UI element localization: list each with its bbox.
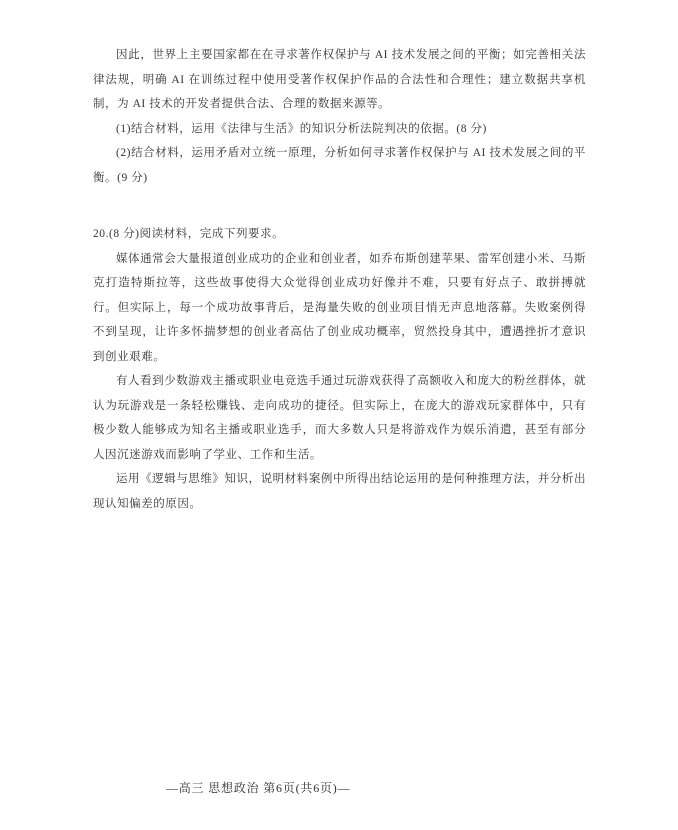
page-footer: —高三 思想政治 第6页(共6页)— (166, 779, 350, 796)
question-19-sub-question-2: (2)结合材料，运用矛盾对立统一原理，分析如何寻求著作权保护与 AI 技术发展之… (93, 141, 586, 190)
question-20-material-paragraph-2: 有人看到少数游戏主播或职业电竞选手通过玩游戏获得了高额收入和庞大的粉丝群体，就认… (93, 369, 586, 467)
question-20: 20.(8 分)阅读材料，完成下列要求。 媒体通常会大量报道创业成功的企业和创业… (93, 222, 586, 516)
question-19-continuation: 因此，世界上主要国家都在在寻求著作权保护与 AI 技术发展之间的平衡；如完善相关… (93, 43, 586, 190)
question-20-heading: 20.(8 分)阅读材料，完成下列要求。 (93, 222, 586, 247)
question-19-sub-question-1: (1)结合材料，运用《法律与生活》的知识分析法院判决的依据。(8 分) (93, 117, 586, 142)
question-20-task-paragraph: 运用《逻辑与思维》知识，说明材料案例中所得出结论运用的是何种推理方法，并分析出现… (93, 467, 586, 516)
question-19-closing-paragraph: 因此，世界上主要国家都在在寻求著作权保护与 AI 技术发展之间的平衡；如完善相关… (93, 43, 586, 117)
question-20-material-paragraph-1: 媒体通常会大量报道创业成功的企业和创业者，如乔布斯创建苹果、雷军创建小米、马斯克… (93, 247, 586, 370)
exam-page: 因此，世界上主要国家都在在寻求著作权保护与 AI 技术发展之间的平衡；如完善相关… (0, 0, 678, 830)
